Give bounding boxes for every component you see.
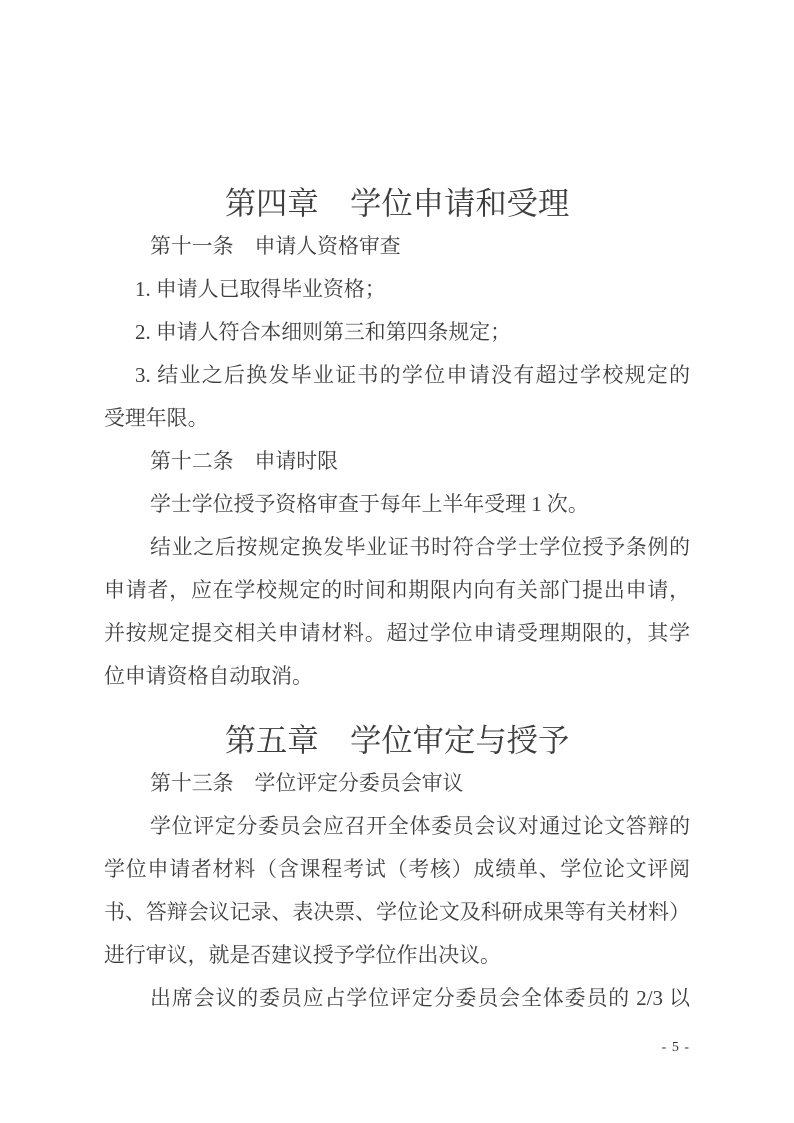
article-12-para-2-line-2: 申请者，应在学校规定的时间和期限内向有关部门提出申请， xyxy=(104,569,690,612)
article-12-para-2-line-3: 并按规定提交相关申请材料。超过学位申请受理期限的，其学 xyxy=(104,612,690,655)
document-body: 第四章 学位申请和受理 第十一条 申请人资格审查 1. 申请人已取得毕业资格； … xyxy=(104,182,690,1020)
article-13-para-2-line-1: 出席会议的委员应占学位评定分委员会全体委员的 2/3 以 xyxy=(104,977,690,1020)
article-12-title: 第十二条 申请时限 xyxy=(104,440,690,483)
clause-2: 2. 申请人符合本细则第三和第四条规定； xyxy=(104,311,690,354)
article-13-para-1-line-2: 学位申请者材料（含课程考试（考核）成绩单、学位论文评阅 xyxy=(104,848,690,891)
clause-1: 1. 申请人已取得毕业资格； xyxy=(104,268,690,311)
page-number: - 5 - xyxy=(662,1040,690,1056)
article-12-para-2-line-4: 位申请资格自动取消。 xyxy=(104,655,690,698)
clause-3-line-1: 3. 结业之后换发毕业证书的学位申请没有超过学校规定的 xyxy=(104,354,690,397)
article-12-para-2-line-1: 结业之后按规定换发毕业证书时符合学士学位授予条例的 xyxy=(104,526,690,569)
article-13-title: 第十三条 学位评定分委员会审议 xyxy=(104,762,690,805)
article-13-para-1-line-3: 书、答辩会议记录、表决票、学位论文及科研成果等有关材料） xyxy=(104,891,690,934)
chapter-5-heading: 第五章 学位审定与授予 xyxy=(104,719,690,762)
document-page: 第四章 学位申请和受理 第十一条 申请人资格审查 1. 申请人已取得毕业资格； … xyxy=(0,0,794,1123)
chapter-4-heading: 第四章 学位申请和受理 xyxy=(104,182,690,225)
article-13-para-1-line-4: 进行审议，就是否建议授予学位作出决议。 xyxy=(104,934,690,977)
article-13-para-1-line-1: 学位评定分委员会应召开全体委员会议对通过论文答辩的 xyxy=(104,805,690,848)
article-12-para-1: 学士学位授予资格审查于每年上半年受理 1 次。 xyxy=(104,483,690,526)
clause-3-line-2: 受理年限。 xyxy=(104,397,690,440)
article-11-title: 第十一条 申请人资格审查 xyxy=(104,225,690,268)
